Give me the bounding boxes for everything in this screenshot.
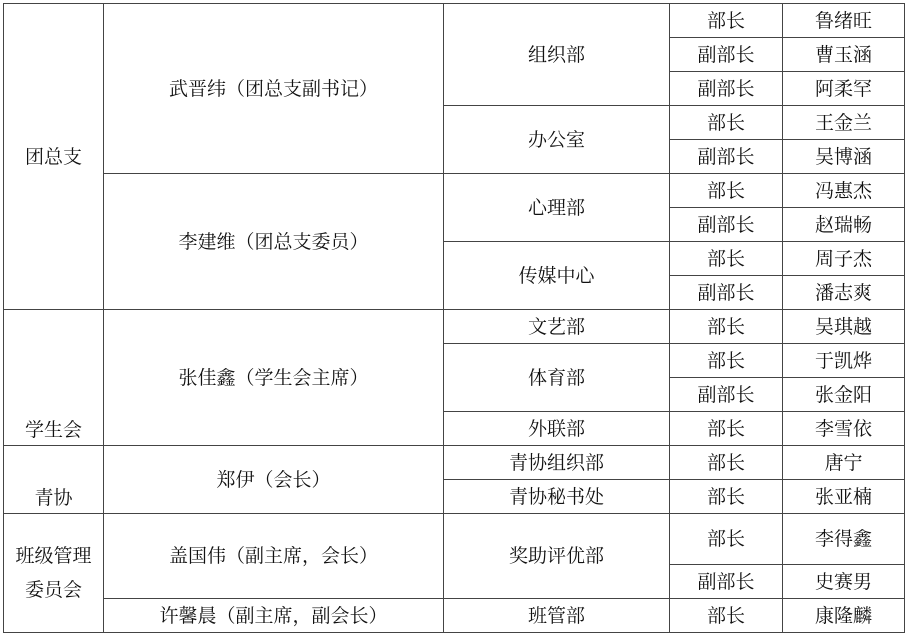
department-cell: 文艺部 [444,310,670,344]
org-qingxie: 青协 [4,446,104,514]
leader-cell: 盖国伟（副主席，会长） [104,514,444,599]
role-cell: 部长 [670,174,783,208]
table-row: 青协 郑伊（会长） 青协组织部 部长 唐宁 [4,446,905,480]
role-cell: 副部长 [670,72,783,106]
role-cell: 副部长 [670,276,783,310]
department-cell: 心理部 [444,174,670,242]
org-banji-guanli: 班级管理委员会 [4,514,104,633]
table-row: 许馨晨（副主席，副会长） 班管部 部长 康隆麟 [4,599,905,633]
person-cell: 史赛男 [783,565,905,599]
role-cell: 部长 [670,242,783,276]
person-cell: 康隆麟 [783,599,905,633]
person-cell: 周子杰 [783,242,905,276]
leader-cell: 张佳鑫（学生会主席） [104,310,444,446]
department-cell: 奖助评优部 [444,514,670,599]
table-row: 李建维（团总支委员） 心理部 部长 冯惠杰 [4,174,905,208]
person-cell: 唐宁 [783,446,905,480]
leader-cell: 李建维（团总支委员） [104,174,444,310]
person-cell: 张金阳 [783,378,905,412]
department-cell: 青协秘书处 [444,480,670,514]
role-cell: 部长 [670,514,783,565]
table-row: 学生会 张佳鑫（学生会主席） 文艺部 部长 吴琪越 [4,310,905,344]
role-cell: 副部长 [670,38,783,72]
person-cell: 赵瑞畅 [783,208,905,242]
person-cell: 王金兰 [783,106,905,140]
department-cell: 传媒中心 [444,242,670,310]
person-cell: 鲁绪旺 [783,4,905,38]
table-row: 班级管理委员会 盖国伟（副主席，会长） 奖助评优部 部长 李得鑫 [4,514,905,565]
person-cell: 于凯烨 [783,344,905,378]
org-xueshenghui: 学生会 [4,310,104,446]
person-cell: 阿柔罕 [783,72,905,106]
person-cell: 潘志爽 [783,276,905,310]
role-cell: 副部长 [670,565,783,599]
person-cell: 李得鑫 [783,514,905,565]
role-cell: 部长 [670,344,783,378]
role-cell: 部长 [670,480,783,514]
role-cell: 部长 [670,412,783,446]
role-cell: 部长 [670,106,783,140]
department-cell: 组织部 [444,4,670,106]
role-cell: 部长 [670,599,783,633]
leader-cell: 许馨晨（副主席，副会长） [104,599,444,633]
role-cell: 副部长 [670,378,783,412]
department-cell: 办公室 [444,106,670,174]
role-cell: 副部长 [670,208,783,242]
department-cell: 体育部 [444,344,670,412]
role-cell: 部长 [670,446,783,480]
department-cell: 外联部 [444,412,670,446]
person-cell: 吴琪越 [783,310,905,344]
department-cell: 青协组织部 [444,446,670,480]
org-tuanzongzhi: 团总支 [4,4,104,310]
person-cell: 曹玉涵 [783,38,905,72]
role-cell: 副部长 [670,140,783,174]
person-cell: 吴博涵 [783,140,905,174]
person-cell: 冯惠杰 [783,174,905,208]
table-row: 团总支 武晋纬（团总支副书记） 组织部 部长 鲁绪旺 [4,4,905,38]
role-cell: 部长 [670,310,783,344]
person-cell: 张亚楠 [783,480,905,514]
role-cell: 部长 [670,4,783,38]
leader-cell: 郑伊（会长） [104,446,444,514]
leader-cell: 武晋纬（团总支副书记） [104,4,444,174]
person-cell: 李雪依 [783,412,905,446]
department-cell: 班管部 [444,599,670,633]
organization-structure-table: 团总支 武晋纬（团总支副书记） 组织部 部长 鲁绪旺 副部长 曹玉涵 副部长 阿… [3,3,905,633]
